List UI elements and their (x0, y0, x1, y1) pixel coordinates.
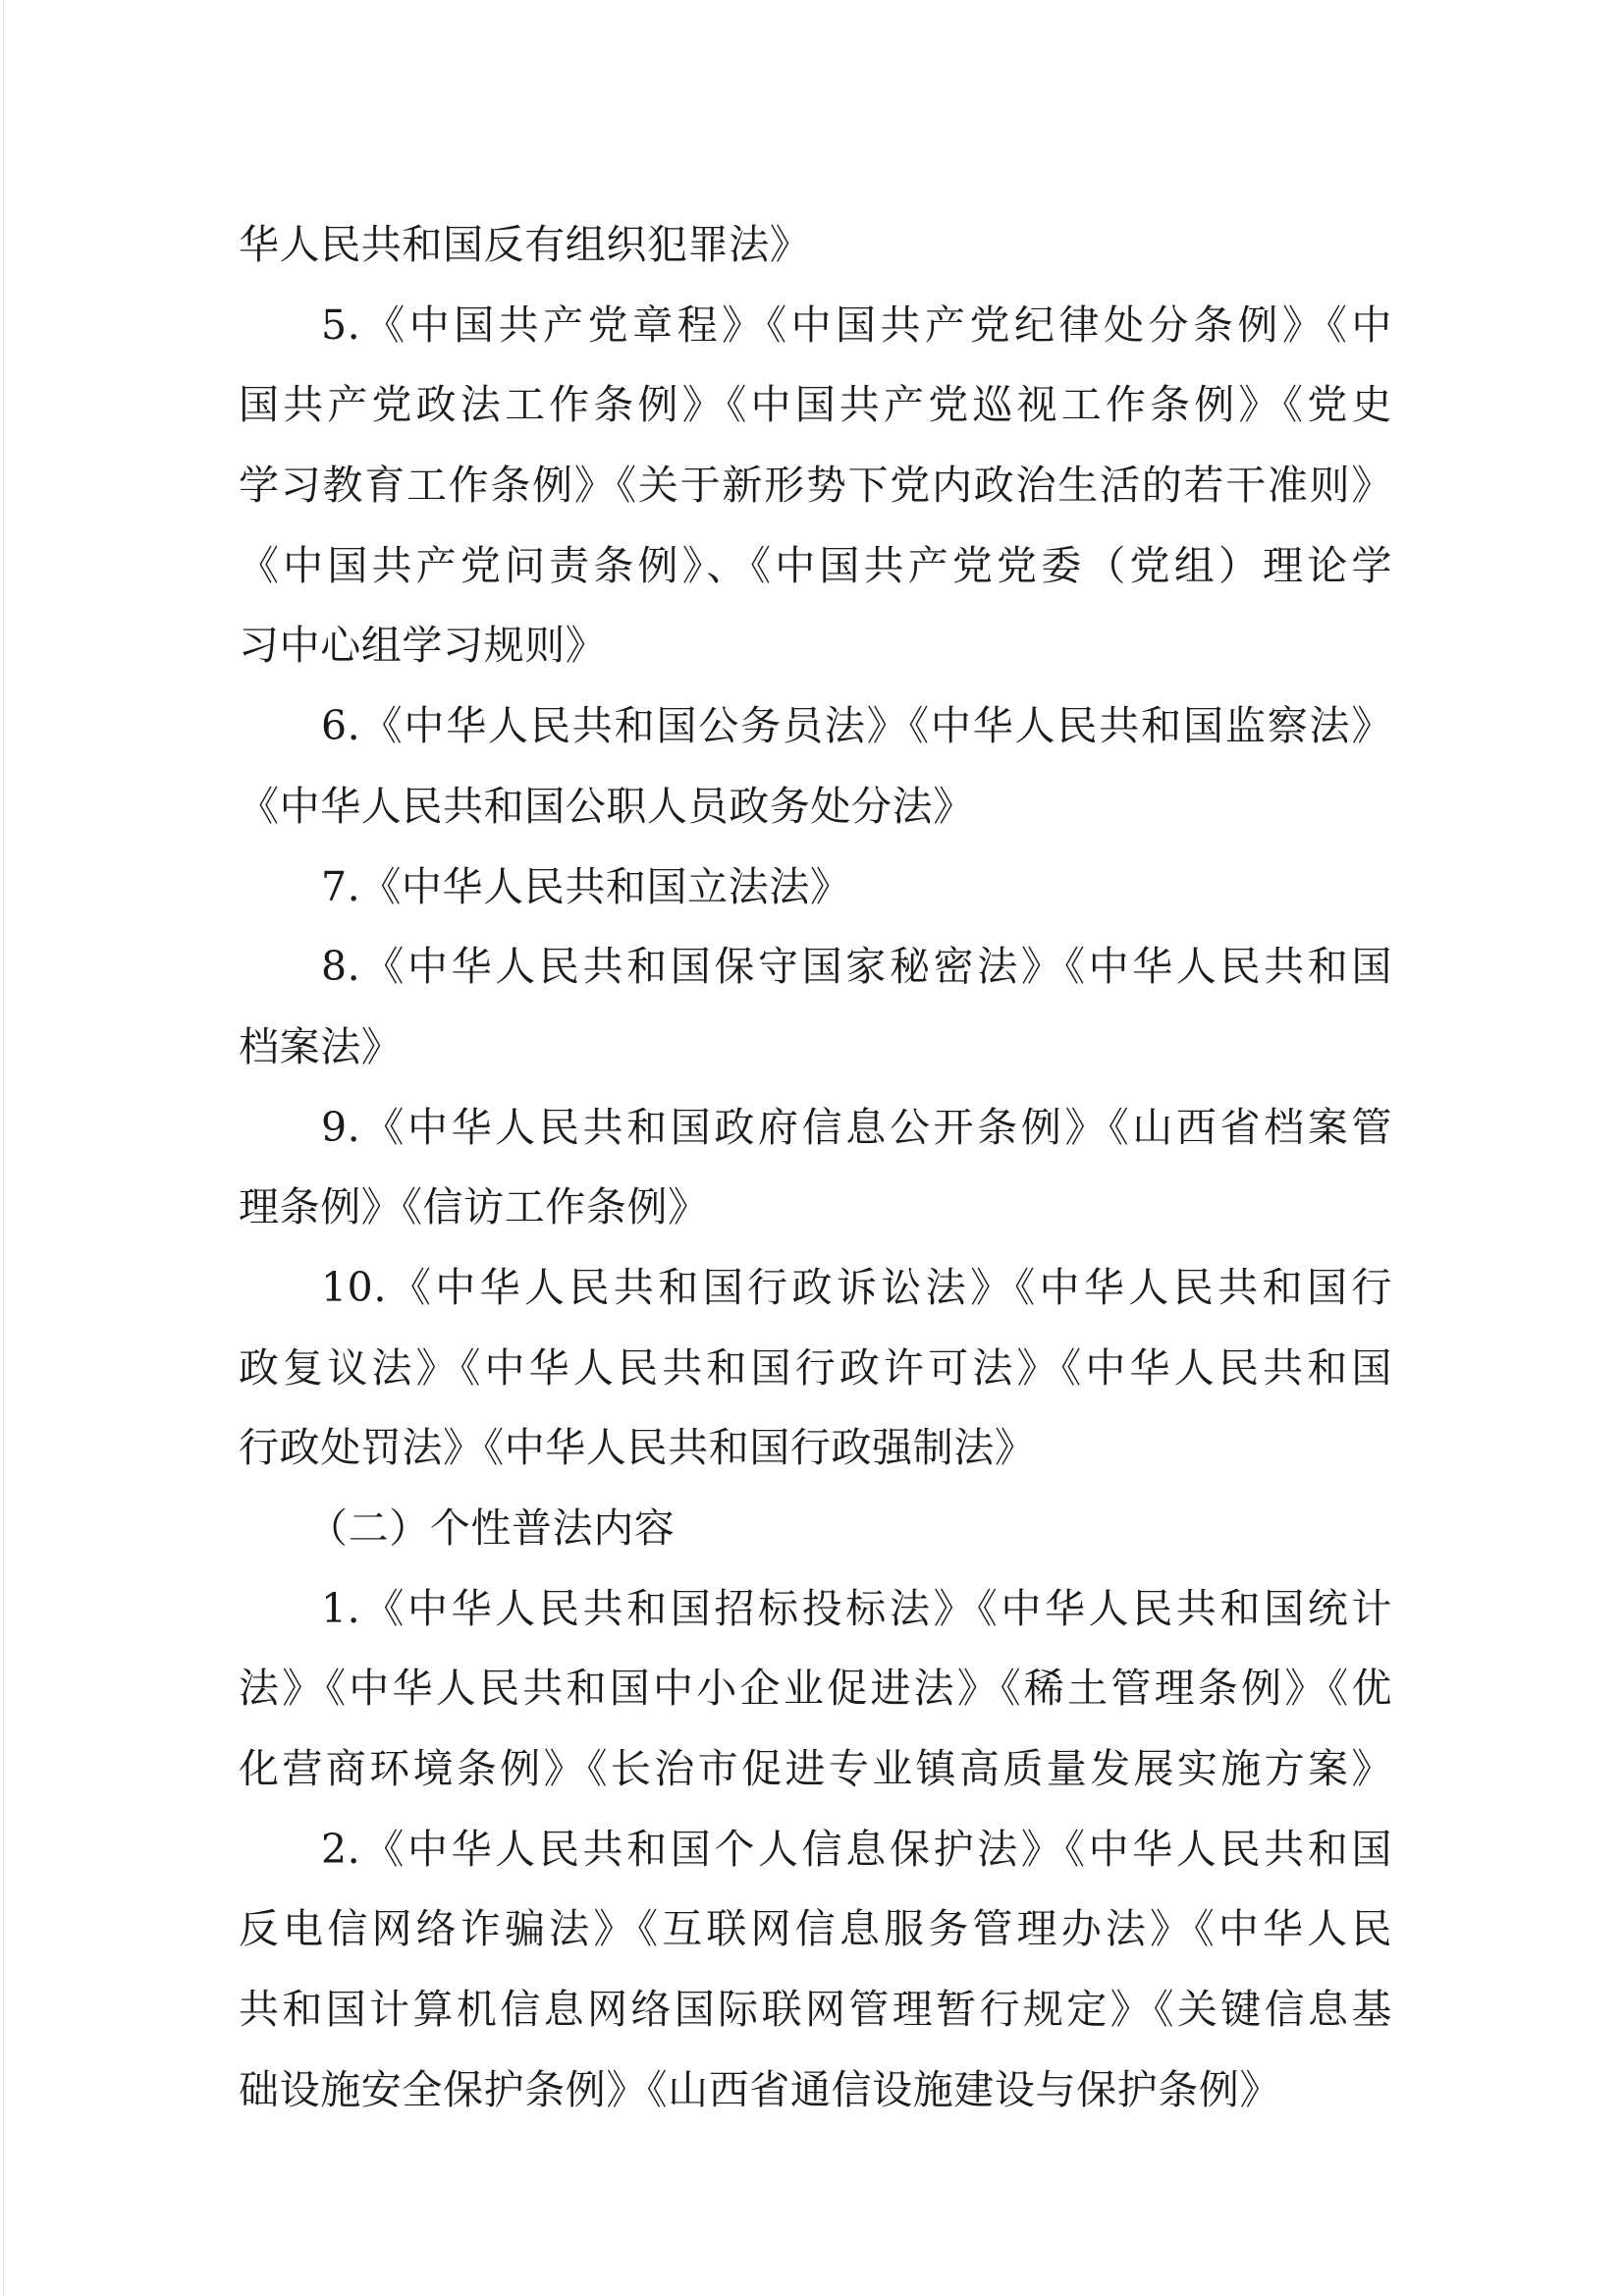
paragraph-line: 7.《中华人民共和国立法法》 (239, 847, 1392, 928)
paragraph-line: 6.《中华人民共和国公务员法》《中华人民共和国监察法》 (239, 686, 1392, 767)
paragraph-line: 反电信网络诈骗法》《互联网信息服务管理办法》《中华人民 (239, 1889, 1392, 1970)
paragraph-line: 行政处罚法》《中华人民共和国行政强制法》 (239, 1408, 1392, 1489)
law-list-item-6: 6.《中华人民共和国公务员法》《中华人民共和国监察法》 《中华人民共和国公职人员… (239, 686, 1392, 847)
paragraph-line: 1.《中华人民共和国招标投标法》《中华人民共和国统计 (239, 1569, 1392, 1650)
paragraph-line: 8.《中华人民共和国保守国家秘密法》《中华人民共和国 (239, 927, 1392, 1008)
law-list-item-8: 8.《中华人民共和国保守国家秘密法》《中华人民共和国 档案法》 (239, 927, 1392, 1087)
personalized-law-item-2: 2.《中华人民共和国个人信息保护法》《中华人民共和国 反电信网络诈骗法》《互联网… (239, 1810, 1392, 2131)
paragraph-line: 础设施安全保护条例》《山西省通信设施建设与保护条例》 (239, 2050, 1392, 2131)
paragraph-line: 共和国计算机信息网络国际联网管理暂行规定》《关键信息基 (239, 1970, 1392, 2050)
scan-page-edge (3, 0, 4, 2296)
personalized-law-item-1: 1.《中华人民共和国招标投标法》《中华人民共和国统计 法》《中华人民共和国中小企… (239, 1569, 1392, 1810)
paragraph-line: 《中国共产党问责条例》、《中国共产党党委（党组）理论学 (239, 526, 1392, 607)
paragraph-line: 国共产党政法工作条例》《中国共产党巡视工作条例》《党史 (239, 365, 1392, 446)
paragraph-line: 法》《中华人民共和国中小企业促进法》《稀土管理条例》《优 (239, 1649, 1392, 1729)
section-heading: （二）个性普法内容 (239, 1489, 1392, 1569)
law-list-item-10: 10.《中华人民共和国行政诉讼法》《中华人民共和国行 政复议法》《中华人民共和国… (239, 1248, 1392, 1489)
law-list-item-5: 5.《中国共产党章程》《中国共产党纪律处分条例》《中 国共产党政法工作条例》《中… (239, 286, 1392, 686)
paragraph-line: 化营商环境条例》《长治市促进专业镇高质量发展实施方案》 (239, 1729, 1392, 1810)
paragraph-line: 9.《中华人民共和国政府信息公开条例》《山西省档案管 (239, 1088, 1392, 1169)
paragraph-line: 习中心组学习规则》 (239, 606, 1392, 686)
paragraph-line: 政复议法》《中华人民共和国行政许可法》《中华人民共和国 (239, 1329, 1392, 1409)
paragraph-line: 学习教育工作条例》《关于新形势下党内政治生活的若干准则》 (239, 446, 1392, 526)
paragraph-line: 10.《中华人民共和国行政诉讼法》《中华人民共和国行 (239, 1248, 1392, 1329)
document-page: 华人民共和国反有组织犯罪法》 5.《中国共产党章程》《中国共产党纪律处分条例》《… (239, 205, 1392, 2131)
law-list-item-9: 9.《中华人民共和国政府信息公开条例》《山西省档案管 理条例》《信访工作条例》 (239, 1088, 1392, 1248)
paragraph-line: 《中华人民共和国公职人员政务处分法》 (239, 767, 1392, 847)
paragraph-line: 档案法》 (239, 1008, 1392, 1088)
law-list-item-7: 7.《中华人民共和国立法法》 (239, 847, 1392, 928)
paragraph-line: 5.《中国共产党章程》《中国共产党纪律处分条例》《中 (239, 286, 1392, 366)
paragraph-line: 华人民共和国反有组织犯罪法》 (239, 205, 1392, 286)
paragraph-line: 2.《中华人民共和国个人信息保护法》《中华人民共和国 (239, 1810, 1392, 1890)
paragraph-line: 理条例》《信访工作条例》 (239, 1168, 1392, 1248)
